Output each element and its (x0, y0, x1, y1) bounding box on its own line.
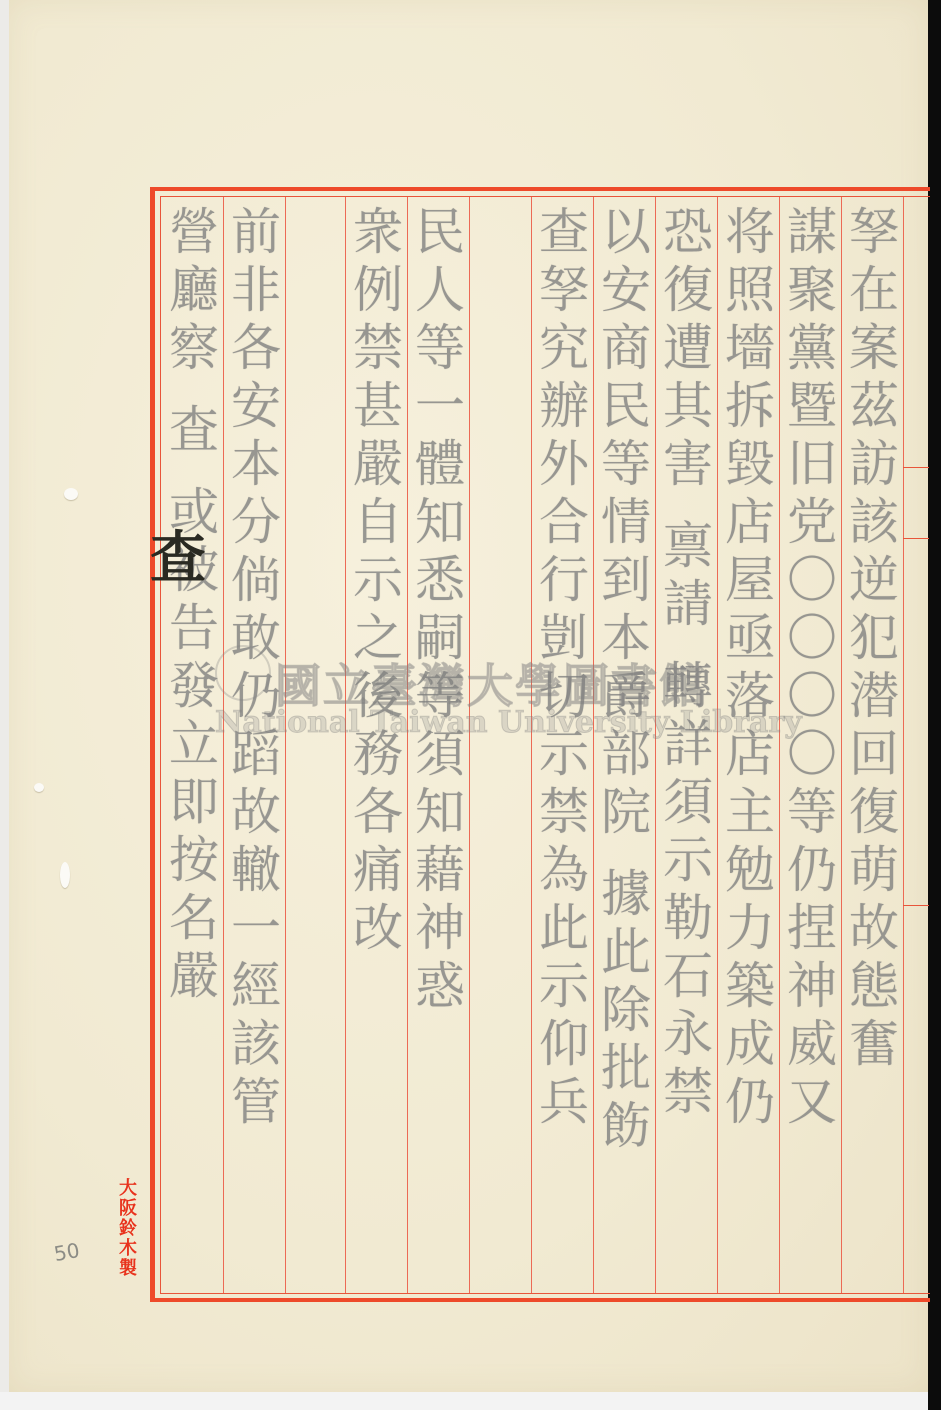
punch-hole (34, 783, 44, 792)
margin-tick (903, 538, 929, 539)
text-column-7: 民人等一體知悉嗣等須知藉神惑 (411, 205, 461, 1017)
punch-hole (60, 862, 70, 888)
text-column-1: 孥在案茲訪該逆犯潜回復萌故態奮 (845, 205, 895, 1075)
column-rule (285, 197, 286, 1293)
margin-page-number: 50 (52, 1238, 81, 1266)
column-rule (903, 197, 904, 1293)
text-column-2: 謀聚黨暨旧党〇〇〇〇等仍捏神威又 (783, 205, 833, 1133)
punch-hole (64, 488, 78, 500)
column-rule (469, 197, 470, 1293)
text-column-3: 将照墻拆毀店屋亟落店主勉力築成仍 (721, 205, 771, 1133)
ink-annotation: 査 (150, 514, 206, 594)
text-column-10: 營廳察 査 或被告發立即按名嚴 (165, 205, 215, 1007)
margin-tick (903, 467, 929, 468)
scanner-left-margin (0, 0, 9, 1392)
text-column-8: 衆例禁甚嚴自示之後務各痛改 (349, 205, 399, 959)
paper-maker-stamp: 大阪鈴木製 (113, 1178, 139, 1278)
watermark-seal-icon (215, 645, 271, 701)
watermark-english: National Taiwan University Library (215, 705, 802, 740)
scanner-bottom-margin (0, 1392, 928, 1410)
margin-tick (903, 905, 929, 906)
